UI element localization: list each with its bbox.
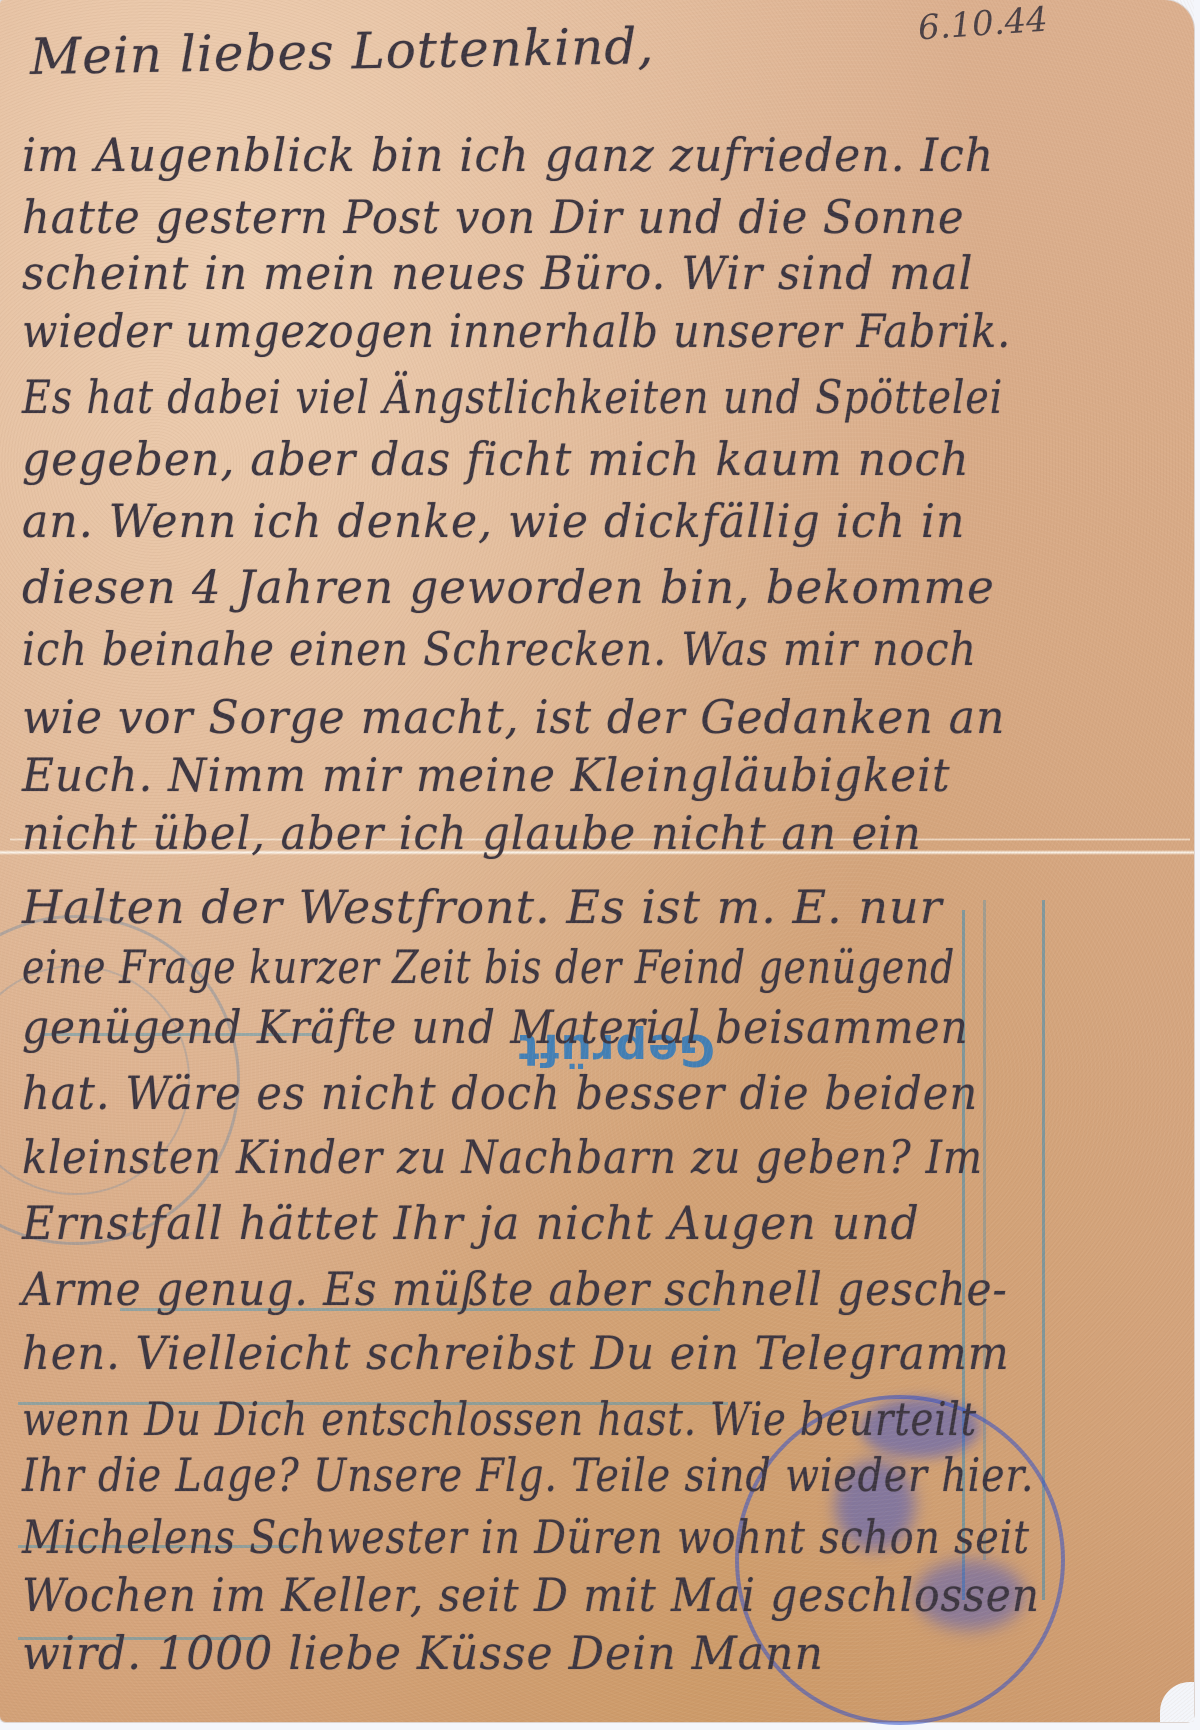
letter-line: kleinsten Kinder zu Nachbarn zu geben? I…	[22, 1130, 983, 1184]
letter-line: hatte gestern Post von Dir und die Sonne	[22, 190, 965, 244]
letter-line: gegeben, aber das ficht mich kaum noch	[22, 432, 970, 486]
letter-line: wieder umgezogen innerhalb unserer Fabri…	[22, 304, 1011, 358]
letter-line: im Augenblick bin ich ganz zufrieden. Ic…	[22, 128, 994, 182]
letter-line: Arme genug. Es müßte aber schnell gesche…	[22, 1262, 1008, 1316]
letter-closing-signature: wird. 1000 liebe Küsse Dein Mann	[22, 1626, 824, 1680]
letter-line: Michelens Schwester in Düren wohnt schon…	[22, 1510, 1030, 1564]
letter-line: hat. Wäre es nicht doch besser die beide…	[22, 1066, 978, 1120]
letter-line: an. Wenn ich denke, wie dickfällig ich i…	[22, 494, 965, 548]
letter-paper: Geprüft 6.10.44 Mein liebes Lottenkind, …	[0, 0, 1194, 1722]
letter-line: Euch. Nimm mir meine Kleingläubigkeit	[22, 748, 951, 802]
letter-line: Wochen im Keller, seit D mit Mai geschlo…	[22, 1568, 1040, 1622]
letter-line: Halten der Westfront. Es ist m. E. nur	[22, 880, 943, 934]
letter-line: wenn Du Dich entschlossen hast. Wie beur…	[22, 1392, 977, 1446]
letter-line: nicht übel, aber ich glaube nicht an ein	[22, 806, 922, 860]
letter-line: diesen 4 Jahren geworden bin, bekomme	[22, 560, 995, 614]
letter-line: Es hat dabei viel Ängstlichkeiten und Sp…	[22, 370, 1003, 424]
letter-line: scheint in mein neues Büro. Wir sind mal	[22, 246, 973, 300]
salutation: Mein liebes Lottenkind,	[29, 17, 654, 86]
torn-corner	[1160, 1682, 1194, 1722]
letter-line: Ernstfall hättet Ihr ja nicht Augen und	[22, 1196, 920, 1250]
letter-line: eine Frage kurzer Zeit bis der Feind gen…	[22, 940, 955, 994]
letter-line: hen. Vielleicht schreibst Du ein Telegra…	[22, 1326, 1010, 1380]
letter-line: wie vor Sorge macht, ist der Gedanken an	[22, 690, 1005, 744]
letter-line: ich beinahe einen Schrecken. Was mir noc…	[22, 622, 977, 676]
letter-date: 6.10.44	[917, 0, 1049, 48]
letter-line: Ihr die Lage? Unsere Flg. Teile sind wie…	[22, 1448, 1034, 1502]
letter-line: genügend Kräfte und Material beisammen	[22, 1000, 969, 1054]
